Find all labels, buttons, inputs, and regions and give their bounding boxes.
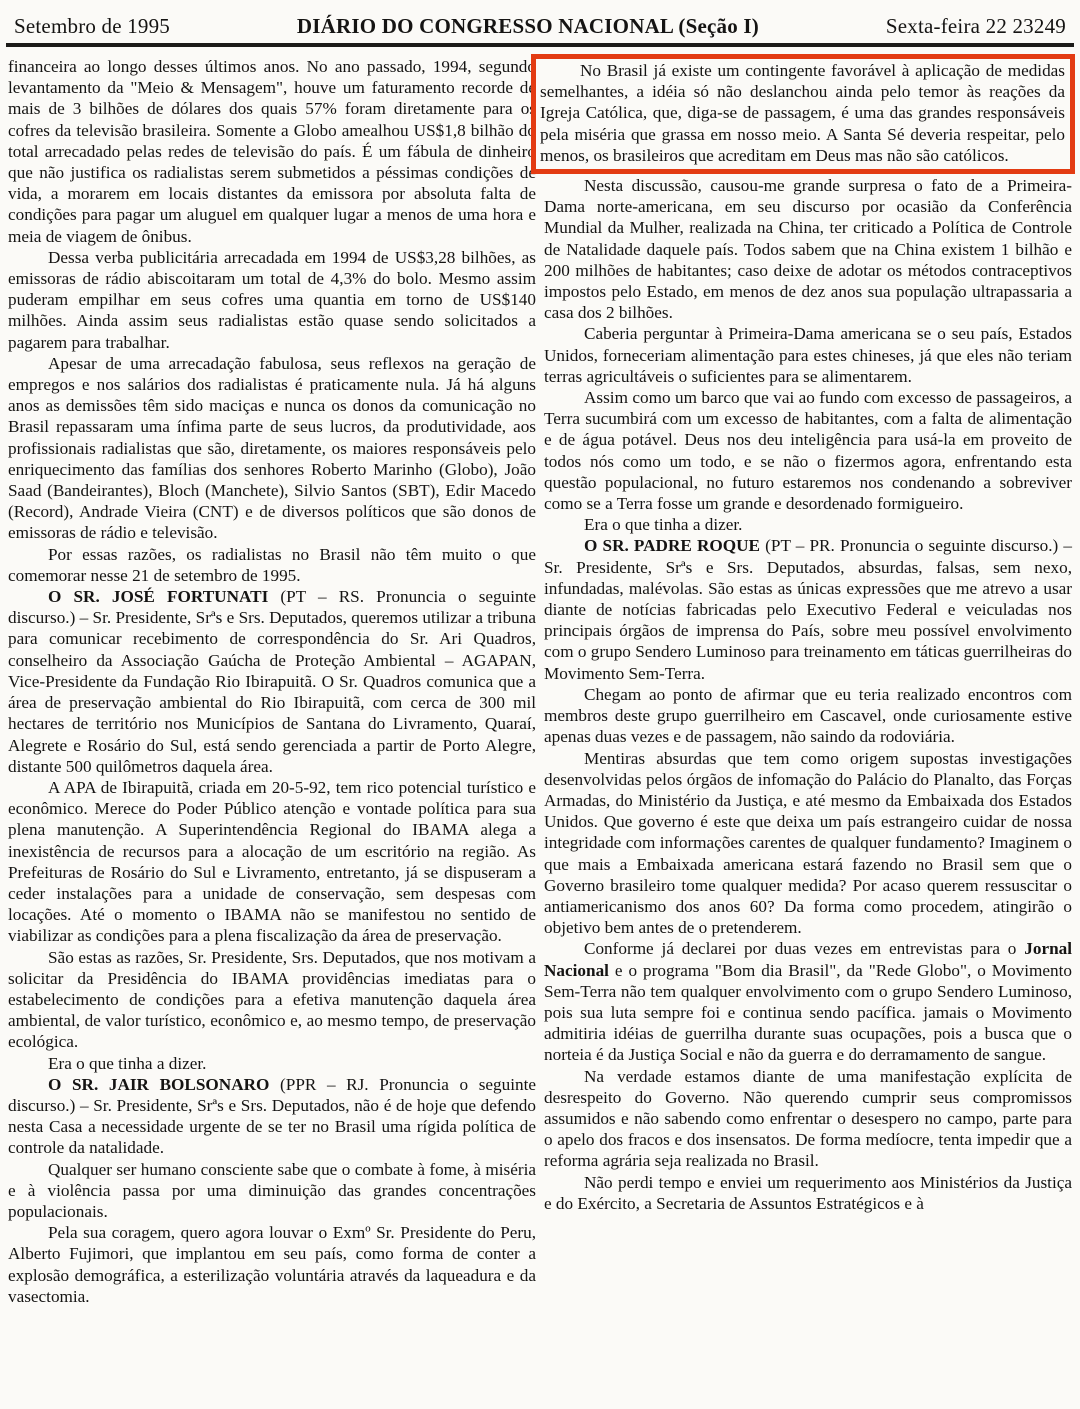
speaker-name: O SR. PADRE ROQUE: [584, 536, 760, 555]
red-highlight-box: No Brasil já existe um contingente favor…: [531, 54, 1075, 174]
paragraph: Nesta discussão, causou-me grande surpre…: [544, 175, 1072, 323]
paragraph: A APA de Ibirapuitã, criada em 20-5-92, …: [8, 777, 536, 947]
paragraph-text: Conforme já declarei por duas vezes em e…: [584, 939, 1024, 958]
paragraph-text: Por essas razões, os radialistas no Bras…: [8, 545, 536, 585]
text-columns: financeira ao longo desses últimos anos.…: [0, 47, 1080, 1307]
paragraph-text: (PT – RS. Pronuncia o seguinte discurso.…: [8, 587, 536, 776]
paragraph-text: (PT – PR. Pronuncia o seguinte discurso.…: [544, 536, 1072, 682]
paragraph: Na verdade estamos diante de uma manifes…: [544, 1066, 1072, 1172]
paragraph-speech-bolsonaro: O SR. JAIR BOLSONARO (PPR – RJ. Pronunci…: [8, 1074, 536, 1159]
paragraph-speech-padre-roque: O SR. PADRE ROQUE (PT – PR. Pronuncia o …: [544, 535, 1072, 683]
paragraph-text: Assim como um barco que vai ao fundo com…: [544, 388, 1072, 513]
header-date: Setembro de 1995: [14, 14, 170, 39]
paragraph-text: Nesta discussão, causou-me grande surpre…: [544, 176, 1072, 322]
header-page-reference: Sexta-feira 22 23249: [886, 14, 1066, 39]
speaker-name: O SR. JAIR BOLSONARO: [48, 1075, 269, 1094]
paragraph: Por essas razões, os radialistas no Bras…: [8, 544, 536, 586]
page-header: Setembro de 1995 DIÁRIO DO CONGRESSO NAC…: [6, 0, 1074, 47]
paragraph-speech-fortunati: O SR. JOSÉ FORTUNATI (PT – RS. Pronuncia…: [8, 586, 536, 777]
paragraph-text: São estas as razões, Sr. Presidente, Srs…: [8, 948, 536, 1052]
paragraph: Qualquer ser humano consciente sabe que …: [8, 1159, 536, 1223]
paragraph: Mentiras absurdas que tem como origem su…: [544, 748, 1072, 939]
paragraph-text: Chegam ao ponto de afirmar que eu teria …: [544, 685, 1072, 746]
paragraph-text: Qualquer ser humano consciente sabe que …: [8, 1160, 536, 1221]
paragraph: Pela sua coragem, quero agora louvar o E…: [8, 1222, 536, 1307]
highlighted-paragraph: No Brasil já existe um contingente favor…: [540, 60, 1065, 166]
paragraph-text: A APA de Ibirapuitã, criada em 20-5-92, …: [8, 778, 536, 945]
paragraph-text: Era o que tinha a dizer.: [584, 515, 742, 534]
speaker-name: O SR. JOSÉ FORTUNATI: [48, 587, 268, 606]
paragraph-text: e o programa "Bom dia Brasil", da "Rede …: [544, 961, 1072, 1065]
paragraph: Chegam ao ponto de afirmar que eu teria …: [544, 684, 1072, 748]
left-column: financeira ao longo desses últimos anos.…: [8, 56, 536, 1307]
paragraph-text: Era o que tinha a dizer.: [48, 1054, 206, 1073]
right-column: No Brasil já existe um contingente favor…: [544, 56, 1072, 1307]
paragraph: Era o que tinha a dizer.: [544, 514, 1072, 535]
paragraph-text: Apesar de uma arrecadação fabulosa, seus…: [8, 354, 536, 543]
paragraph: Caberia perguntar à Primeira-Dama americ…: [544, 323, 1072, 387]
header-title: DIÁRIO DO CONGRESSO NACIONAL (Seção I): [297, 14, 759, 39]
paragraph-text: Pela sua coragem, quero agora louvar o E…: [8, 1223, 536, 1306]
paragraph: Assim como um barco que vai ao fundo com…: [544, 387, 1072, 514]
paragraph-text: No Brasil já existe um contingente favor…: [540, 61, 1065, 165]
paragraph: Apesar de uma arrecadação fabulosa, seus…: [8, 353, 536, 544]
paragraph: Não perdi tempo e enviei um requerimento…: [544, 1172, 1072, 1214]
paragraph-text: Mentiras absurdas que tem como origem su…: [544, 749, 1072, 938]
paragraph-text: Na verdade estamos diante de uma manifes…: [544, 1067, 1072, 1171]
document-page: Setembro de 1995 DIÁRIO DO CONGRESSO NAC…: [0, 0, 1080, 1409]
paragraph: Era o que tinha a dizer.: [8, 1053, 536, 1074]
paragraph-text: Dessa verba publicitária arrecadada em 1…: [8, 248, 536, 352]
paragraph: Conforme já declarei por duas vezes em e…: [544, 938, 1072, 1065]
paragraph: São estas as razões, Sr. Presidente, Srs…: [8, 947, 536, 1053]
paragraph-text: Não perdi tempo e enviei um requerimento…: [544, 1173, 1072, 1213]
paragraph: financeira ao longo desses últimos anos.…: [8, 56, 536, 247]
paragraph-text: financeira ao longo desses últimos anos.…: [8, 57, 536, 246]
paragraph-text: Caberia perguntar à Primeira-Dama americ…: [544, 324, 1072, 385]
paragraph: Dessa verba publicitária arrecadada em 1…: [8, 247, 536, 353]
